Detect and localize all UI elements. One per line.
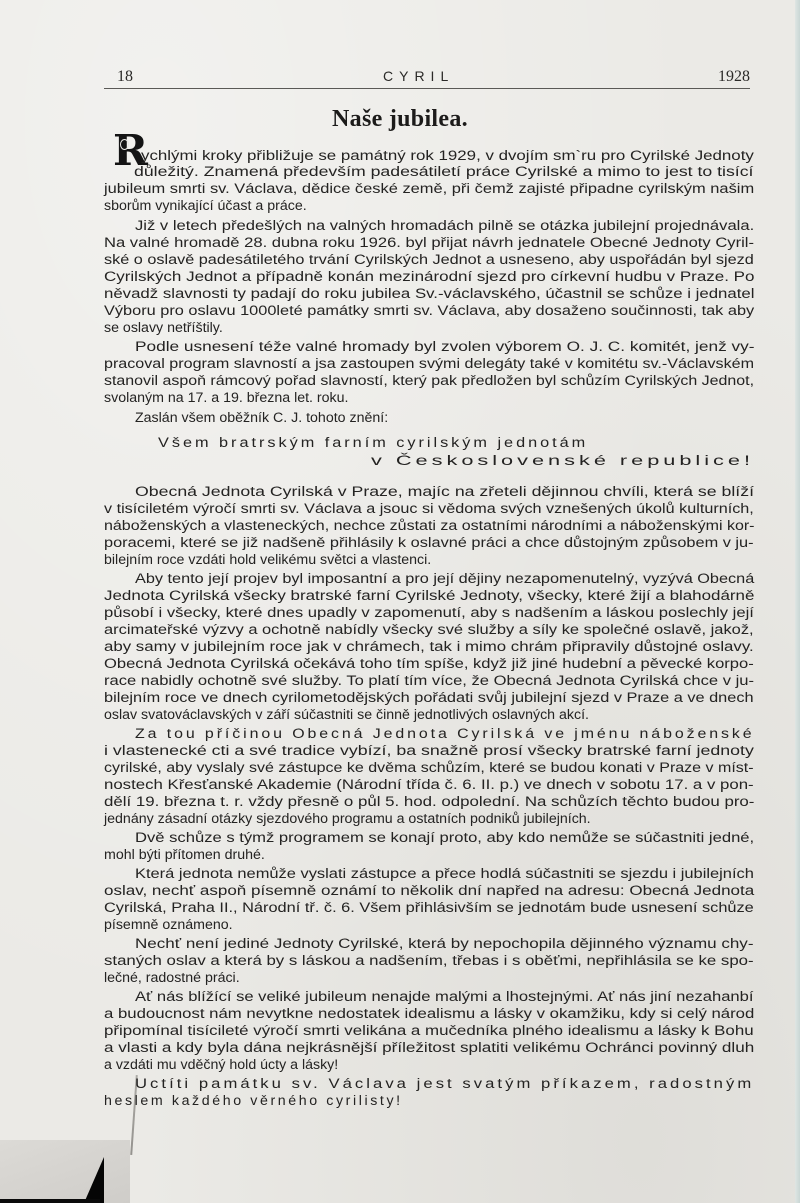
text-line: stanovil aspoň rámcový pořad slavností, … bbox=[104, 373, 754, 390]
text-line: dělí 19. března t. r. vždy přesně o půl … bbox=[104, 794, 754, 811]
text-line: Uctíti památku sv. Václava jest svatým p… bbox=[135, 1076, 754, 1093]
text-line: heslem každého věrného cyrilisty! bbox=[104, 1093, 403, 1110]
text-line: a vzdáti mu vděčný hold úcty a lásky! bbox=[104, 1057, 338, 1074]
text-line: Dvě schůze s týmž programem se konají pr… bbox=[135, 830, 754, 847]
text-line: pracoval program slavností a jsa zastoup… bbox=[104, 356, 754, 373]
text-line: a vlasti a kdy byla dána nejkrásnější př… bbox=[104, 1040, 754, 1057]
text-line: Jednota Cyrilská všecky bratrské farní C… bbox=[104, 588, 754, 605]
text-line: Ať nás blížící se veliké jubileum nenajd… bbox=[135, 989, 753, 1006]
text-line: bilejním roce vzdáti hold velikému světc… bbox=[104, 552, 431, 569]
page-number: 18 bbox=[117, 68, 133, 86]
text-line: aby samy v jubilejním roce jak v chrámec… bbox=[104, 639, 754, 656]
header-rule bbox=[104, 88, 750, 89]
text-line: arcimateřské výzvy a ochotně nabídly vše… bbox=[104, 622, 754, 639]
text-line: poracemi, které se již nadšeně přihlásil… bbox=[104, 535, 754, 552]
text-line: v Československé republice! bbox=[371, 453, 754, 470]
text-line: a budoucnost nám nevytkne nedostatek ide… bbox=[104, 1006, 754, 1023]
page-edge bbox=[795, 0, 800, 1203]
text-line: ychlými kroky přibližuje se památný rok … bbox=[141, 148, 754, 165]
text-line: Obecná Jednota Cyrilská v Praze, majíc n… bbox=[135, 484, 754, 501]
text-line: mohl býti přítomen druhé. bbox=[104, 847, 265, 864]
text-line: jednány zásadní otázky sjezdového progra… bbox=[104, 811, 591, 828]
text-line: staných oslav a která by s láskou a nadš… bbox=[104, 953, 754, 970]
text-line: jubileum smrti sv. Václava, dědice české… bbox=[104, 181, 754, 198]
text-line: v tisíciletém výročí smrti sv. Václava a… bbox=[104, 501, 754, 518]
text-line: Cyrilská, Praha II., Národní tř. č. 6. V… bbox=[104, 900, 754, 917]
text-line: Výboru pro oslavu 1000leté památky smrti… bbox=[104, 303, 754, 320]
text-line: Zaslán všem oběžník C. J. tohoto znění: bbox=[135, 410, 388, 427]
text-line: nostech Křesťanské Akademie (Národní tří… bbox=[104, 777, 754, 794]
text-line: race nabidly ochotně své služby. To plat… bbox=[104, 673, 754, 690]
text-line: ské o oslavě padesátiletého trvání Cyril… bbox=[104, 252, 754, 269]
text-line: Aby tento její projev byl imposantní a p… bbox=[135, 571, 754, 588]
scan-shadow-strip bbox=[0, 1199, 100, 1203]
text-line: Cyrilských Jednot a případně konán mezin… bbox=[104, 269, 754, 286]
journal-title: CYRIL bbox=[383, 68, 454, 84]
issue-year: 1928 bbox=[718, 68, 750, 86]
text-line: připomínal tisícileté výročí smrti velik… bbox=[104, 1023, 754, 1040]
text-line: Podle usnesení téže valné hromady byl zv… bbox=[135, 339, 754, 356]
text-line: písemně oznámeno. bbox=[104, 917, 233, 934]
text-line: oslav svatováclavských v září súčastniti… bbox=[104, 707, 589, 724]
text-line: lečné, radostné práci. bbox=[104, 970, 240, 987]
text-line: Nechť není jediné Jednoty Cyrilské, kter… bbox=[135, 936, 753, 953]
text-line: svolaným na 17. a 19. března let. roku. bbox=[104, 390, 348, 407]
text-line: cyrilské, aby vyslaly své zástupce ke dv… bbox=[104, 760, 754, 777]
scan-shadow bbox=[84, 1157, 104, 1203]
text-line: Na valné hromadě 28. dubna roku 1926. by… bbox=[104, 235, 754, 252]
running-header: 18 CYRIL 1928 bbox=[115, 68, 750, 90]
text-line: důležitý. Znamená především padesátiletí… bbox=[134, 164, 753, 181]
text-line: oslav, nechť aspoň písemně oznámí to něk… bbox=[104, 883, 754, 900]
text-line: Obecná Jednota Cyrilská očekává toho tím… bbox=[104, 656, 754, 673]
text-line: Všem bratrským farním cyrilským jednotám bbox=[158, 435, 588, 452]
text-line: náboženských a vlasteneckých, nechce zůs… bbox=[104, 518, 755, 535]
text-line: Již v letech předešlých na valných hroma… bbox=[135, 218, 754, 235]
text-line: Která jednota nemůže vyslati zástupce a … bbox=[135, 866, 754, 883]
text-line: se oslavy netříštily. bbox=[104, 320, 223, 337]
text-line: i vlastenecké cti a své tradice vybízí, … bbox=[104, 743, 754, 760]
scanned-page: 18 CYRIL 1928 Naše jubilea. R ychlými kr… bbox=[0, 0, 800, 1203]
folded-corner bbox=[0, 1140, 130, 1203]
text-line: bilejním roce ve dnech cyrilometodějskýc… bbox=[104, 690, 754, 707]
text-line: působí i všecky, které dnes upadly v zap… bbox=[104, 605, 754, 622]
text-line: Za tou příčinou Obecná Jednota Cyrilská … bbox=[135, 726, 755, 743]
text-line: něvadž slavnosti ty padají do roku jubil… bbox=[104, 286, 754, 303]
text-line: sborům vynikající účast a práce. bbox=[104, 198, 307, 215]
